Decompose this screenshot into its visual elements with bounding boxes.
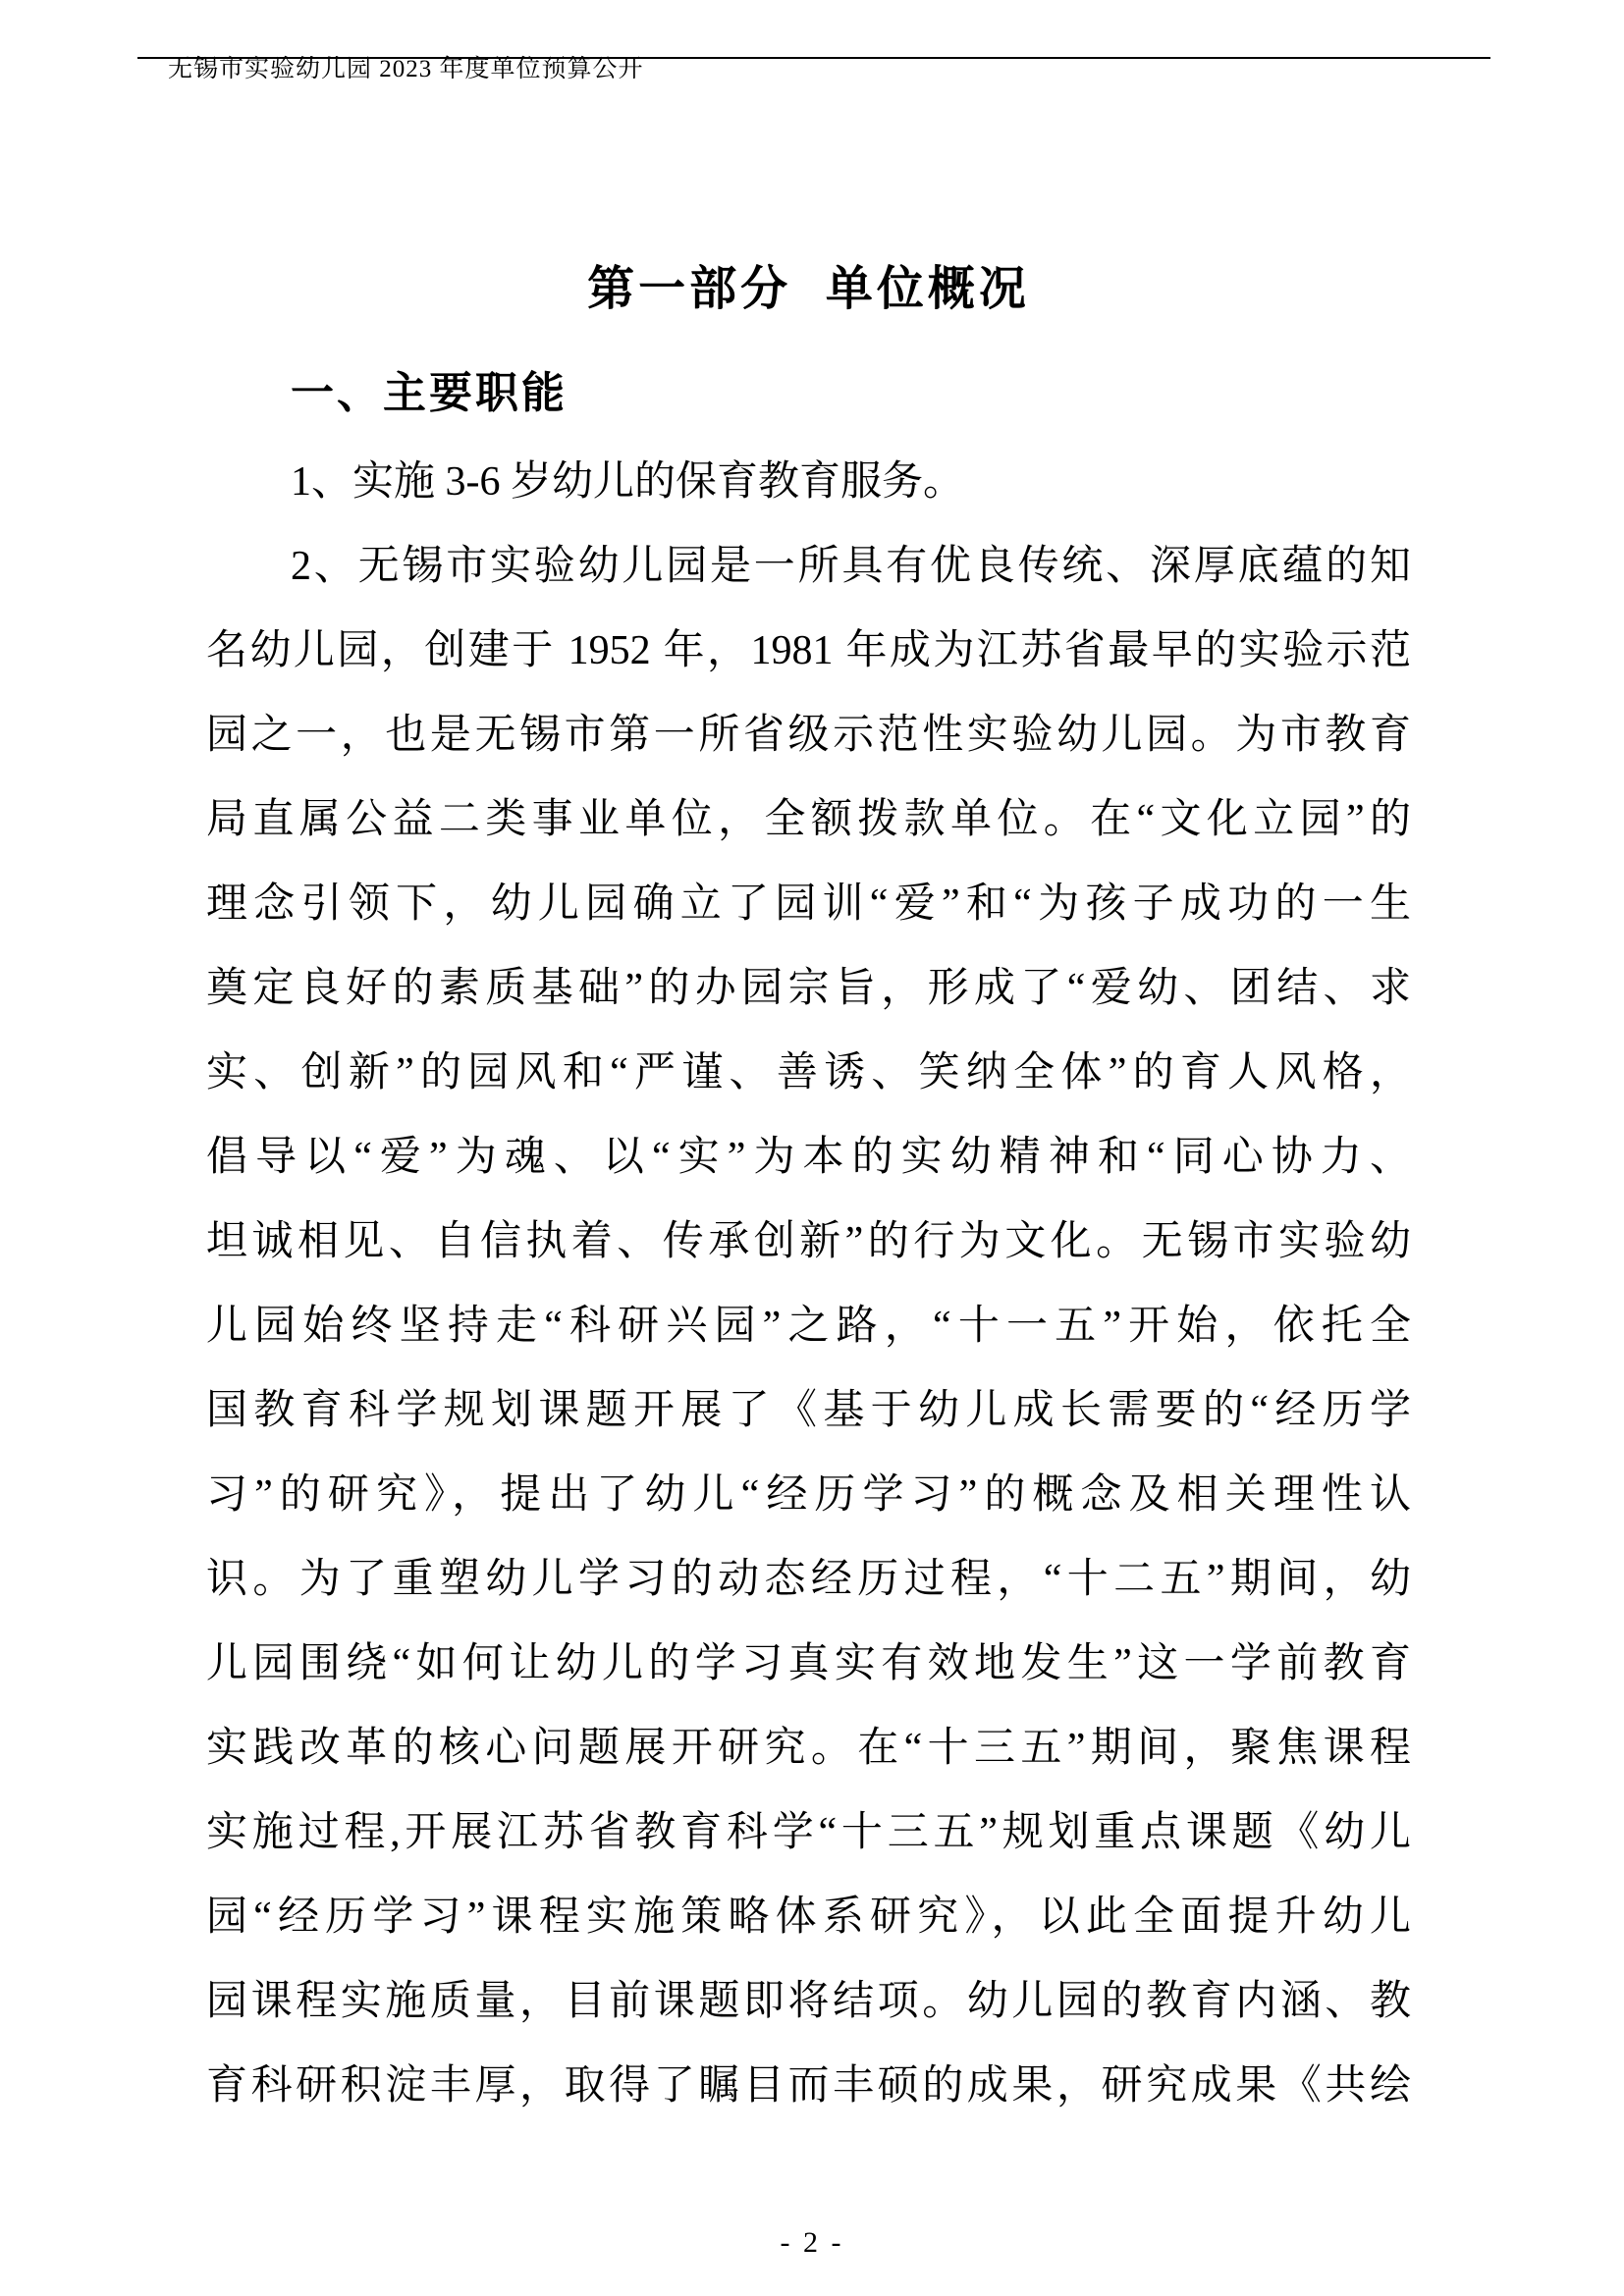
body-line: 园课程实施质量，目前课题即将结项。幼儿园的教育内涵、教 [206, 1959, 1411, 2044]
body-line: 坦诚相见、自信执着、传承创新”的行为文化。无锡市实验幼 [206, 1200, 1411, 1284]
body-line: 习”的研究》，提出了幼儿“经历学习”的概念及相关理性认 [206, 1453, 1411, 1537]
body-line: 育科研积淀丰厚，取得了瞩目而丰硕的成果，研究成果《共绘 [206, 2044, 1411, 2128]
body-line: 实践改革的核心问题展开研究。在“十三五”期间，聚焦课程 [206, 1706, 1411, 1790]
header-title: 无锡市实验幼儿园 2023 年度单位预算公开 [168, 56, 644, 82]
body-line: 园“经历学习”课程实施策略体系研究》，以此全面提升幼儿 [206, 1875, 1411, 1959]
body-line: 2、无锡市实验幼儿园是一所具有优良传统、深厚底蕴的知 [206, 524, 1411, 609]
body-line: 1、实施 3-6 岁幼儿的保育教育服务。 [206, 440, 1411, 524]
body-line: 名幼儿园，创建于 1952 年，1981 年成为江苏省最早的实验示范 [206, 609, 1411, 693]
section-heading: 一、主要职能 [291, 371, 568, 416]
body-text: 1、实施 3-6 岁幼儿的保育教育服务。2、无锡市实验幼儿园是一所具有优良传统、… [206, 440, 1411, 2128]
body-line: 倡导以“爱”为魂、以“实”为本的实幼精神和“同心协力、 [206, 1115, 1411, 1200]
body-line: 理念引领下，幼儿园确立了园训“爱”和“为孩子成功的一生 [206, 862, 1411, 946]
body-line: 局直属公益二类事业单位，全额拨款单位。在“文化立园”的 [206, 777, 1411, 862]
body-line: 儿园围绕“如何让幼儿的学习真实有效地发生”这一学前教育 [206, 1622, 1411, 1706]
page-footer: - 2 - [0, 2226, 1624, 2260]
doc-title: 第一部分 单位概况 [206, 265, 1411, 314]
body-line: 奠定良好的素质基础”的办园宗旨，形成了“爱幼、团结、求 [206, 946, 1411, 1031]
header-rule [137, 57, 1490, 59]
body-line: 实、创新”的园风和“严谨、善诱、笑纳全体”的育人风格， [206, 1031, 1411, 1115]
document-page: 无锡市实验幼儿园 2023 年度单位预算公开 第一部分 单位概况 一、主要职能 … [0, 0, 1624, 2296]
body-line: 儿园始终坚持走“科研兴园”之路，“十一五”开始，依托全 [206, 1284, 1411, 1368]
body-line: 实施过程,开展江苏省教育科学“十三五”规划重点课题《幼儿 [206, 1790, 1411, 1875]
page-header: 无锡市实验幼儿园 2023 年度单位预算公开 [139, 26, 644, 114]
body-line: 识。为了重塑幼儿学习的动态经历过程，“十二五”期间，幼 [206, 1537, 1411, 1622]
body-line: 国教育科学规划课题开展了《基于幼儿成长需要的“经历学 [206, 1368, 1411, 1453]
body-line: 园之一，也是无锡市第一所省级示范性实验幼儿园。为市教育 [206, 693, 1411, 777]
